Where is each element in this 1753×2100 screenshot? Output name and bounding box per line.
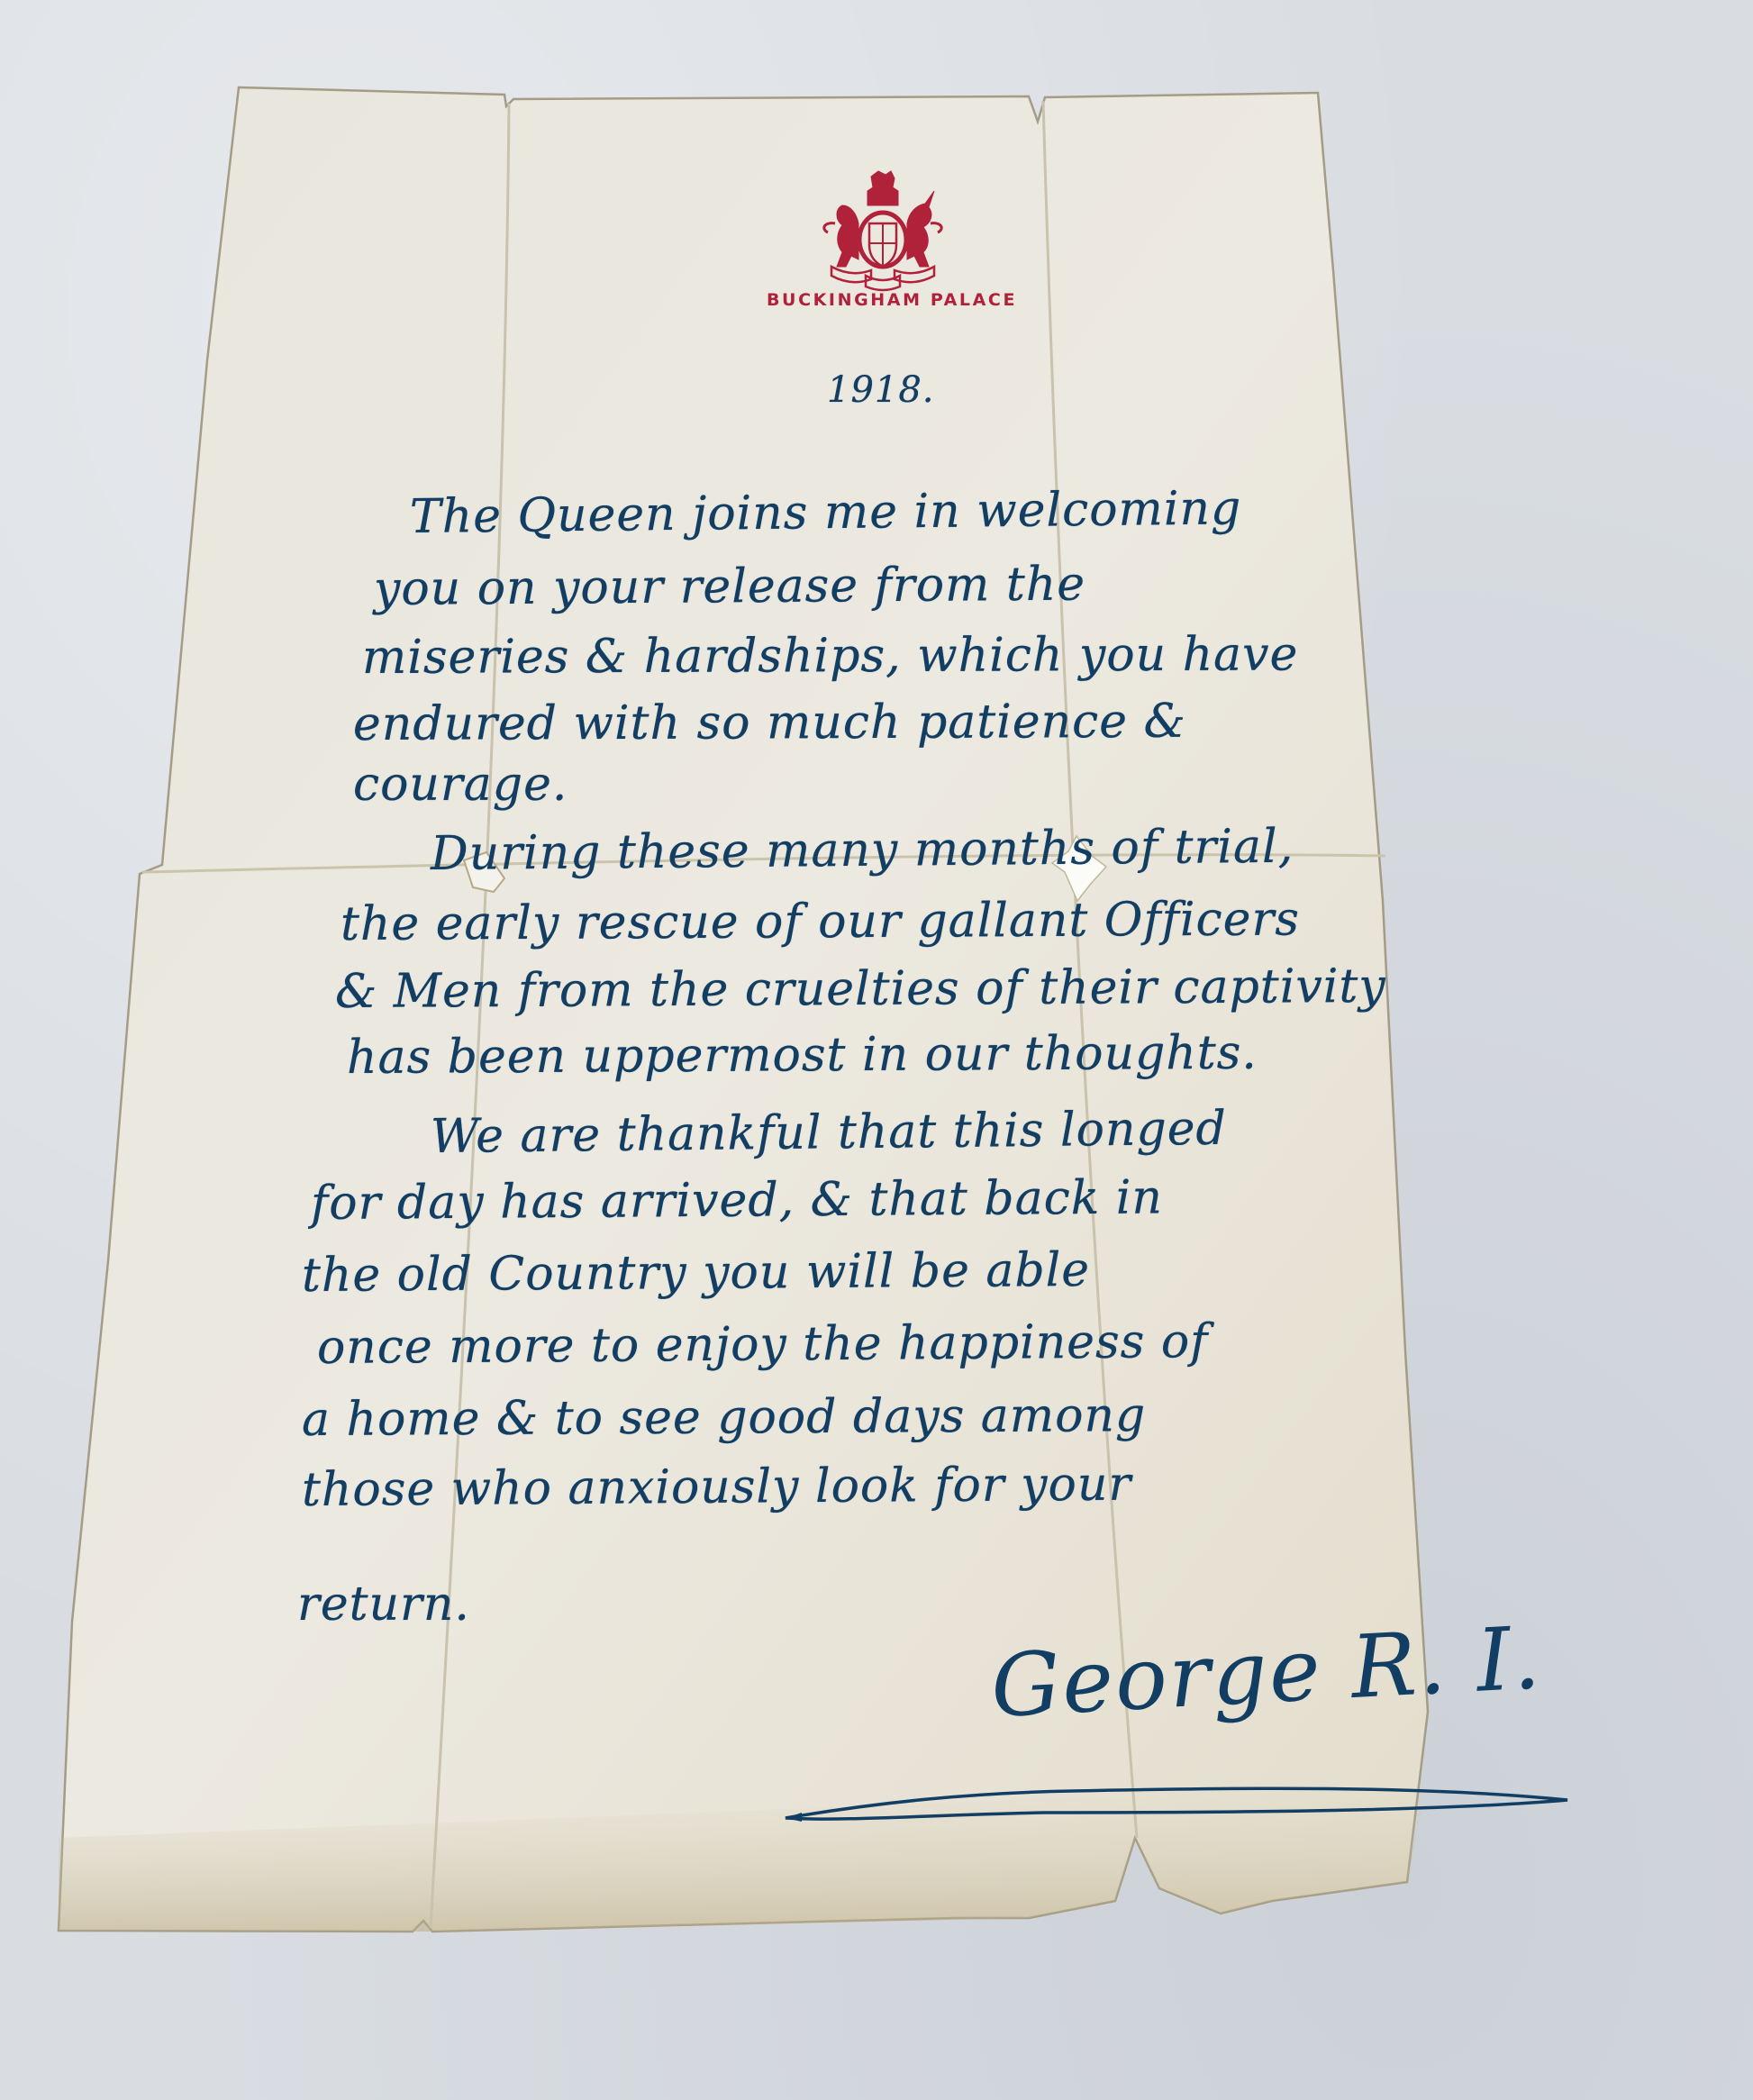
letter-line: for day has arrived, & that back in (311, 1174, 1163, 1227)
letter-line: you on your release from the (374, 560, 1085, 613)
letter-line: return. (297, 1581, 470, 1628)
letter-date: 1918. (827, 369, 935, 411)
letter-line: We are thankful that this longed (431, 1105, 1227, 1160)
letter-line: once more to enjoy the happiness of (317, 1318, 1209, 1371)
letter-line: courage. (353, 761, 568, 808)
signature-flourish-icon (775, 1766, 1585, 1838)
letter-sheet: BUCKINGHAM PALACE 1918. The Queen joins … (0, 0, 1753, 2100)
letterhead-title: BUCKINGHAM PALACE (721, 290, 1063, 310)
letter-line: miseries & hardships, which you have (362, 631, 1298, 681)
letter-line: the old Country you will be able (302, 1247, 1090, 1299)
letter-line: During these many months of trial, (431, 823, 1294, 877)
letter-line: a home & to see good days among (302, 1392, 1147, 1443)
letter-line: has been uppermost in our thoughts. (347, 1030, 1258, 1081)
letter-line: the early rescue of our gallant Officers (341, 895, 1300, 948)
royal-crest-icon (815, 169, 950, 295)
letter-line: those who anxiously look for your (302, 1461, 1132, 1514)
letter-line: & Men from the cruelties of their captiv… (335, 963, 1386, 1015)
letter-line: The Queen joins me in welcoming (410, 485, 1242, 541)
letter-line: endured with so much patience & (353, 698, 1186, 748)
